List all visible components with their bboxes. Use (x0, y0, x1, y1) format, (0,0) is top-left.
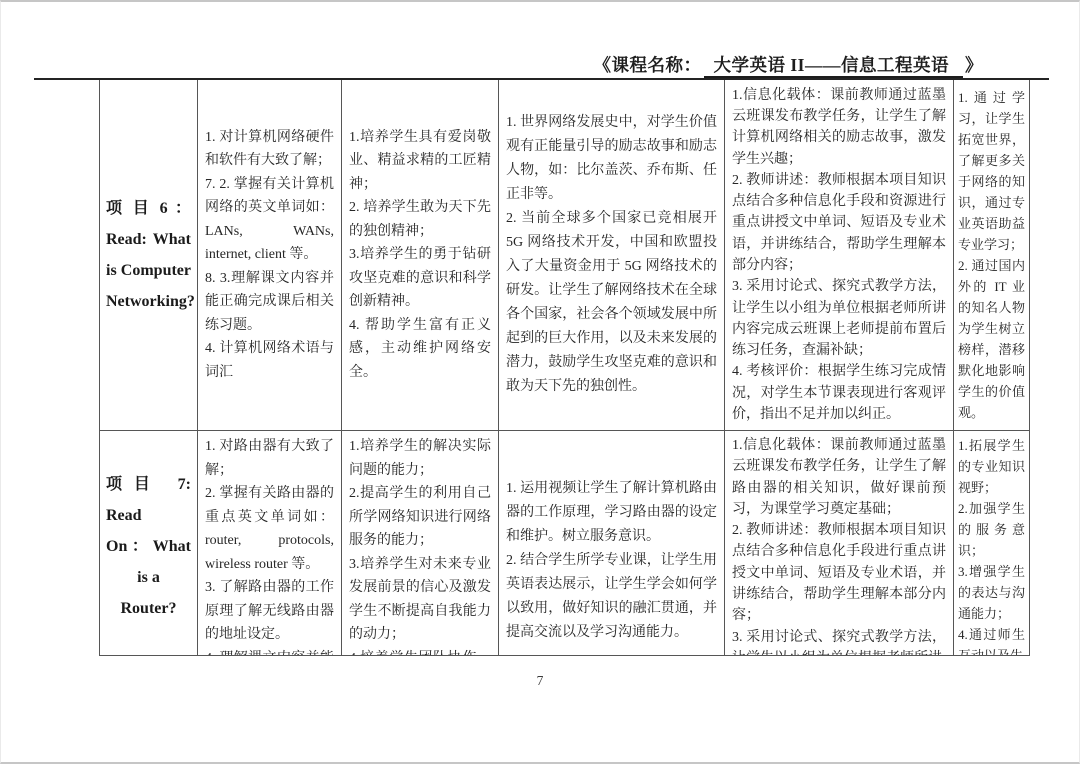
paragraph: 2. 培养学生敢为天下先的独创精神； (349, 196, 491, 243)
paragraph: 4. 帮助学生富有正义感，主动维护网络安全。 (349, 314, 491, 385)
paragraph: 3. 采用讨论式、探究式教学方法，让学生以小组为单位根据老师所讲内容完成云班课上… (732, 276, 946, 361)
teaching-methods-cell: 1.信息化载体：课前教师通过蓝墨云班课发布教学任务，让学生了解计算机网络相关的励… (725, 80, 954, 431)
course-name-label: 《课程名称： (594, 55, 702, 75)
paragraph: is Computer (106, 255, 191, 286)
paragraph: 3. 采用讨论式、探究式教学方法，让学生以小组为单位根据老师所讲 (732, 627, 946, 656)
paragraph: 2.加强学生的服务意识； (958, 498, 1025, 561)
ideological-content-cell: 1. 运用视频让学生了解计算机路由器的工作原理，学习路由器的设定和维护。树立服务… (499, 431, 725, 656)
knowledge-objectives-cell: 1. 对路由器有大致了解；2. 掌握有关路由器的重点英文单词如：router, … (198, 431, 342, 656)
paragraph: 项 目 6 ： (106, 193, 191, 224)
paragraph: 1. 对计算机网络硬件和软件有大致了解； (205, 126, 334, 173)
page-header: 《课程名称：大学英语 II——信息工程英语》 (594, 52, 984, 77)
paragraph: 2. 当前全球多个国家已竞相展开 5G 网络技术开发，中国和欧盟投入了大量资金用… (506, 207, 717, 399)
paragraph: On ： What (106, 531, 191, 562)
paragraph: 1. 运用视频让学生了解计算机路由器的工作原理，学习路由器的设定和维护。树立服务… (506, 477, 717, 549)
paragraph: 3.培养学生对未来专业发展前景的信心及激发学生不断提高自我能力的动力； (349, 553, 491, 647)
course-name-suffix: 》 (965, 55, 983, 75)
syllabus-table: 项 目 6 ：Read: Whatis ComputerNetworking? … (99, 80, 1030, 656)
page-number: 7 (1, 673, 1079, 689)
paragraph: 4. 计算机网络术语与词汇 (205, 337, 334, 384)
paragraph: 3. 了解路由器的工作原理了解无线路由器的地址设定。 (205, 576, 334, 647)
paragraph: 3.培养学生的勇于钻研攻坚克难的意识和科学创新精神。 (349, 243, 491, 314)
paragraph: is a (106, 562, 191, 593)
paragraph: 1. 世界网络发展史中，对学生价值观有正能量引导的励志故事和励志人物，如：比尔盖… (506, 111, 717, 207)
paragraph: 4.通过师生互动以及生 (958, 624, 1025, 656)
paragraph: Router? (106, 593, 191, 624)
expected-outcomes-cell: 1.拓展学生的专业知识视野；2.加强学生的服务意识；3.增强学生的表达与沟通能力… (954, 431, 1030, 656)
paragraph: 4.培养学生团队协作、吃苦耐劳、严谨细致、实事 (349, 647, 491, 657)
expected-outcomes-cell: 1.通过学习，让学生拓宽世界，了解更多关于网络的知识，通过专业英语助益专业学习；… (954, 80, 1030, 431)
project-title-cell: 项目 7: ReadOn ： Whatis aRouter? (100, 431, 198, 656)
quality-objectives-cell: 1.培养学生具有爱岗敬业、精益求精的工匠精神；2. 培养学生敢为天下先的独创精神… (342, 80, 499, 431)
paragraph: Read: What (106, 224, 191, 255)
paragraph: 4. 理解课文内容并能正确完成课后相关练 (205, 647, 334, 657)
paragraph: 项目 7: Read (106, 469, 191, 531)
knowledge-objectives-cell: 1. 对计算机网络硬件和软件有大致了解；7. 2. 掌握有关计算机网络的英文单词… (198, 80, 342, 431)
paragraph: 7. 2. 掌握有关计算机网络的英文单词如：LANs, WANs, intern… (205, 173, 334, 267)
paragraph: 2. 教师讲述：教师根据本项目知识点结合多种信息化手段进行重点讲授文中单词、短语… (732, 520, 946, 626)
paragraph: 2. 掌握有关路由器的重点英文单词如：router, protocols, wi… (205, 482, 334, 576)
document-page: 《课程名称：大学英语 II——信息工程英语》 项 目 6 ：Read: What… (0, 0, 1080, 764)
paragraph: 3.增强学生的表达与沟通能力； (958, 561, 1025, 624)
paragraph: Networking? (106, 286, 191, 317)
paragraph: 1.信息化载体：课前教师通过蓝墨云班课发布教学任务，让学生了解计算机网络相关的励… (732, 85, 946, 170)
paragraph: 2. 通过国内外的 IT 业的知名人物为学生树立榜样，潜移默化地影响学生的价值观… (958, 255, 1025, 423)
paragraph: 8. 3.理解课文内容并能正确完成课后相关练习题。 (205, 267, 334, 338)
paragraph: 1.培养学生的解决实际问题的能力； (349, 435, 491, 482)
project-title-cell: 项 目 6 ：Read: Whatis ComputerNetworking? (100, 80, 198, 431)
paragraph: 1.培养学生具有爱岗敬业、精益求精的工匠精神； (349, 126, 491, 197)
course-name-value: 大学英语 II——信息工程英语 (704, 55, 964, 78)
paragraph: 1.通过学习，让学生拓宽世界，了解更多关于网络的知识，通过专业英语助益专业学习； (958, 87, 1025, 255)
paragraph: 2.提高学生的利用自己所学网络知识进行网络服务的能力； (349, 482, 491, 553)
ideological-content-cell: 1. 世界网络发展史中，对学生价值观有正能量引导的励志故事和励志人物，如：比尔盖… (499, 80, 725, 431)
paragraph: 2. 结合学生所学专业课，让学生用英语表达展示，让学生学会如何学以致用，做好知识… (506, 549, 717, 645)
paragraph: 1.拓展学生的专业知识视野； (958, 435, 1025, 498)
paragraph: 1. 对路由器有大致了解； (205, 435, 334, 482)
paragraph: 4. 考核评价：根据学生练习完成情况，对学生本节课表现进行客观评价，指出不足并加… (732, 361, 946, 425)
paragraph: 1.信息化载体：课前教师通过蓝墨云班课发布教学任务，让学生了解路由器的相关知识，… (732, 435, 946, 520)
quality-objectives-cell: 1.培养学生的解决实际问题的能力；2.提高学生的利用自己所学网络知识进行网络服务… (342, 431, 499, 656)
teaching-methods-cell: 1.信息化载体：课前教师通过蓝墨云班课发布教学任务，让学生了解路由器的相关知识，… (725, 431, 954, 656)
paragraph: 2. 教师讲述：教师根据本项目知识点结合多种信息化手段和资源进行重点讲授文中单词… (732, 170, 946, 276)
